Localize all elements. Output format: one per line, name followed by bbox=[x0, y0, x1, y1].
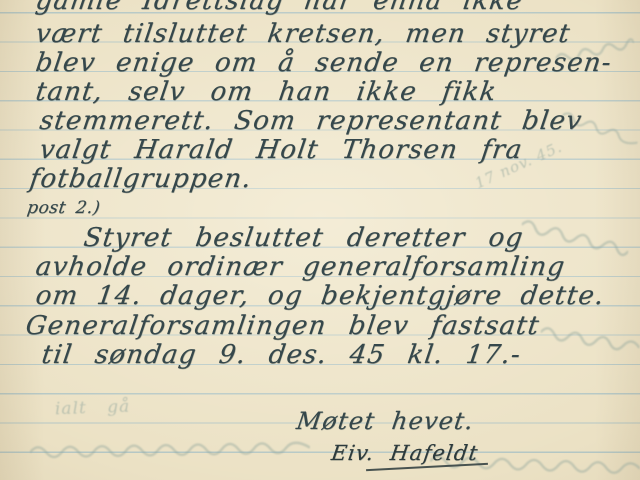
notebook-page: 17 nov. 45. ialt gå gamle Idrettslag har… bbox=[0, 0, 640, 480]
handwriting-line-12: Generalforsamlingen blev fastsatt bbox=[24, 313, 541, 339]
handwriting-line-2: vært tilsluttet kretsen, men styret bbox=[34, 21, 572, 47]
handwriting-line-5: stemmerett. Som representant blev bbox=[38, 108, 584, 134]
handwriting-line-9: Styret besluttet deretter og bbox=[82, 225, 525, 251]
signature: Eiv. Hafeldt bbox=[330, 443, 480, 464]
handwriting-line-6: valgt Harald Holt Thorsen fra bbox=[38, 137, 524, 163]
handwriting-line-3: blev enige om å sende en represen- bbox=[34, 50, 614, 76]
closing-line: Møtet hevet. bbox=[295, 409, 476, 433]
handwriting-line-13: til søndag 9. des. 45 kl. 17.- bbox=[40, 342, 523, 368]
handwriting-line-4: tant, selv om han ikke fikk bbox=[34, 79, 498, 105]
post-2-heading: post 2.) bbox=[26, 200, 101, 217]
bleed-through-text: ialt gå bbox=[55, 399, 131, 419]
bleed-through-squiggle bbox=[30, 438, 310, 463]
handwriting-line-11: om 14. dager, og bekjentgjøre dette. bbox=[34, 283, 606, 309]
bleed-through-squiggle bbox=[539, 322, 640, 357]
handwriting-line-7: fotballgruppen. bbox=[28, 166, 254, 192]
handwriting-line-1: gamle Idrettslag har ennå ikke bbox=[34, 0, 525, 14]
handwriting-line-10: avholde ordinær generalforsamling bbox=[34, 254, 567, 280]
